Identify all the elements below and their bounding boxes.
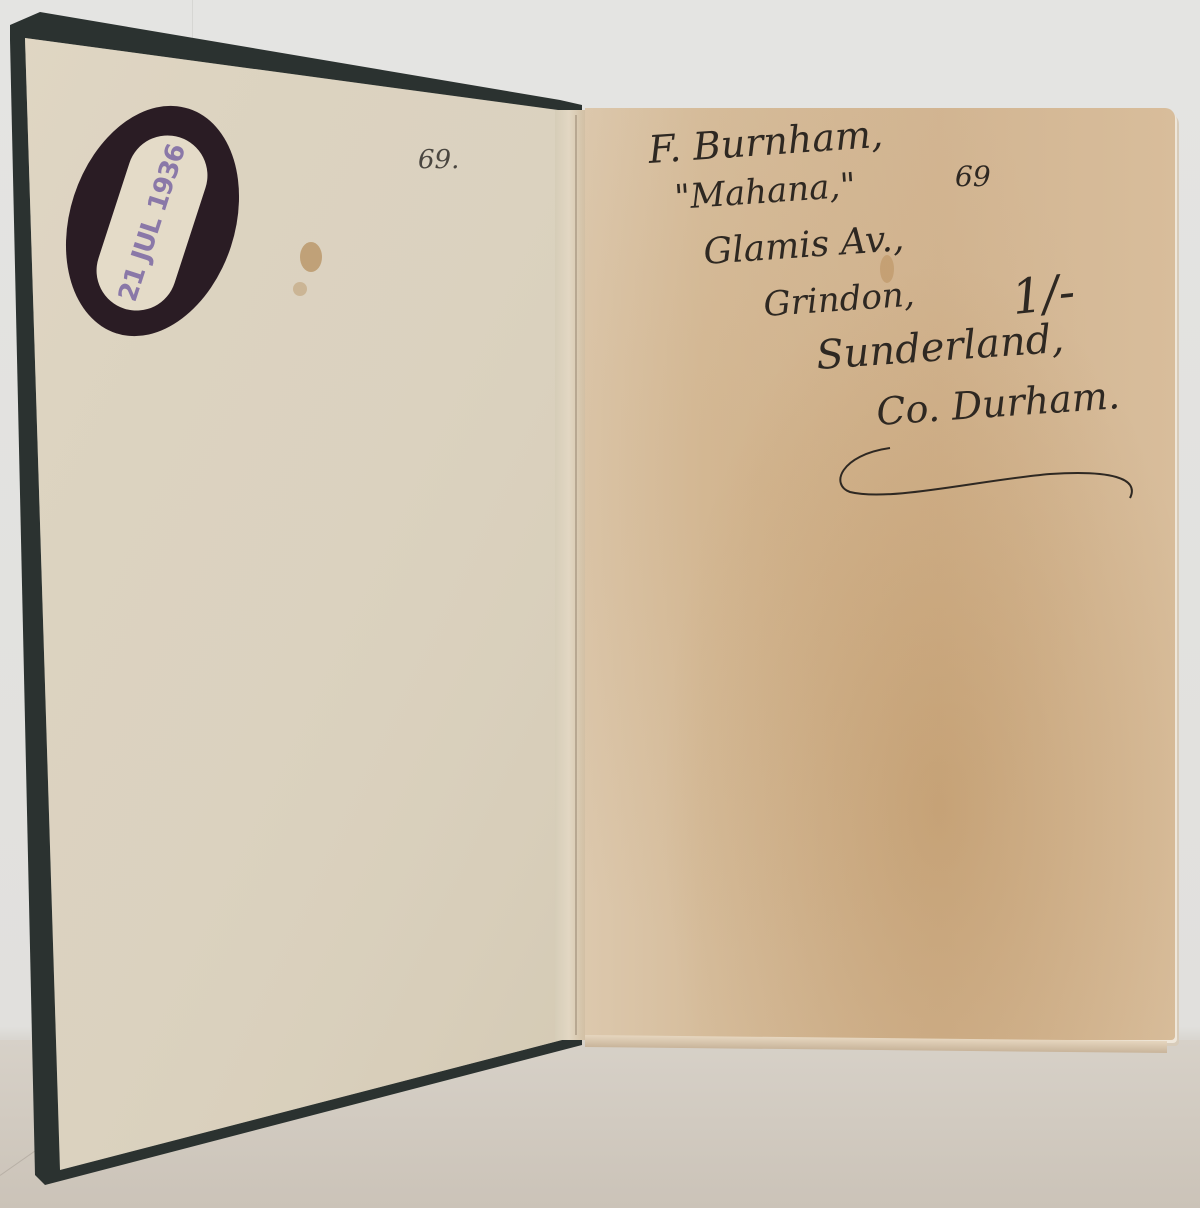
signature-flourish [830,440,1140,510]
foxing-spot [300,242,322,272]
wall-corner-line [192,0,193,70]
foxing-spot [293,282,307,296]
inscription-number: 69 [955,160,991,193]
gutter-crease [575,115,577,1035]
pencil-number: 69. [418,145,459,175]
shelf-surface [0,1040,1200,1208]
